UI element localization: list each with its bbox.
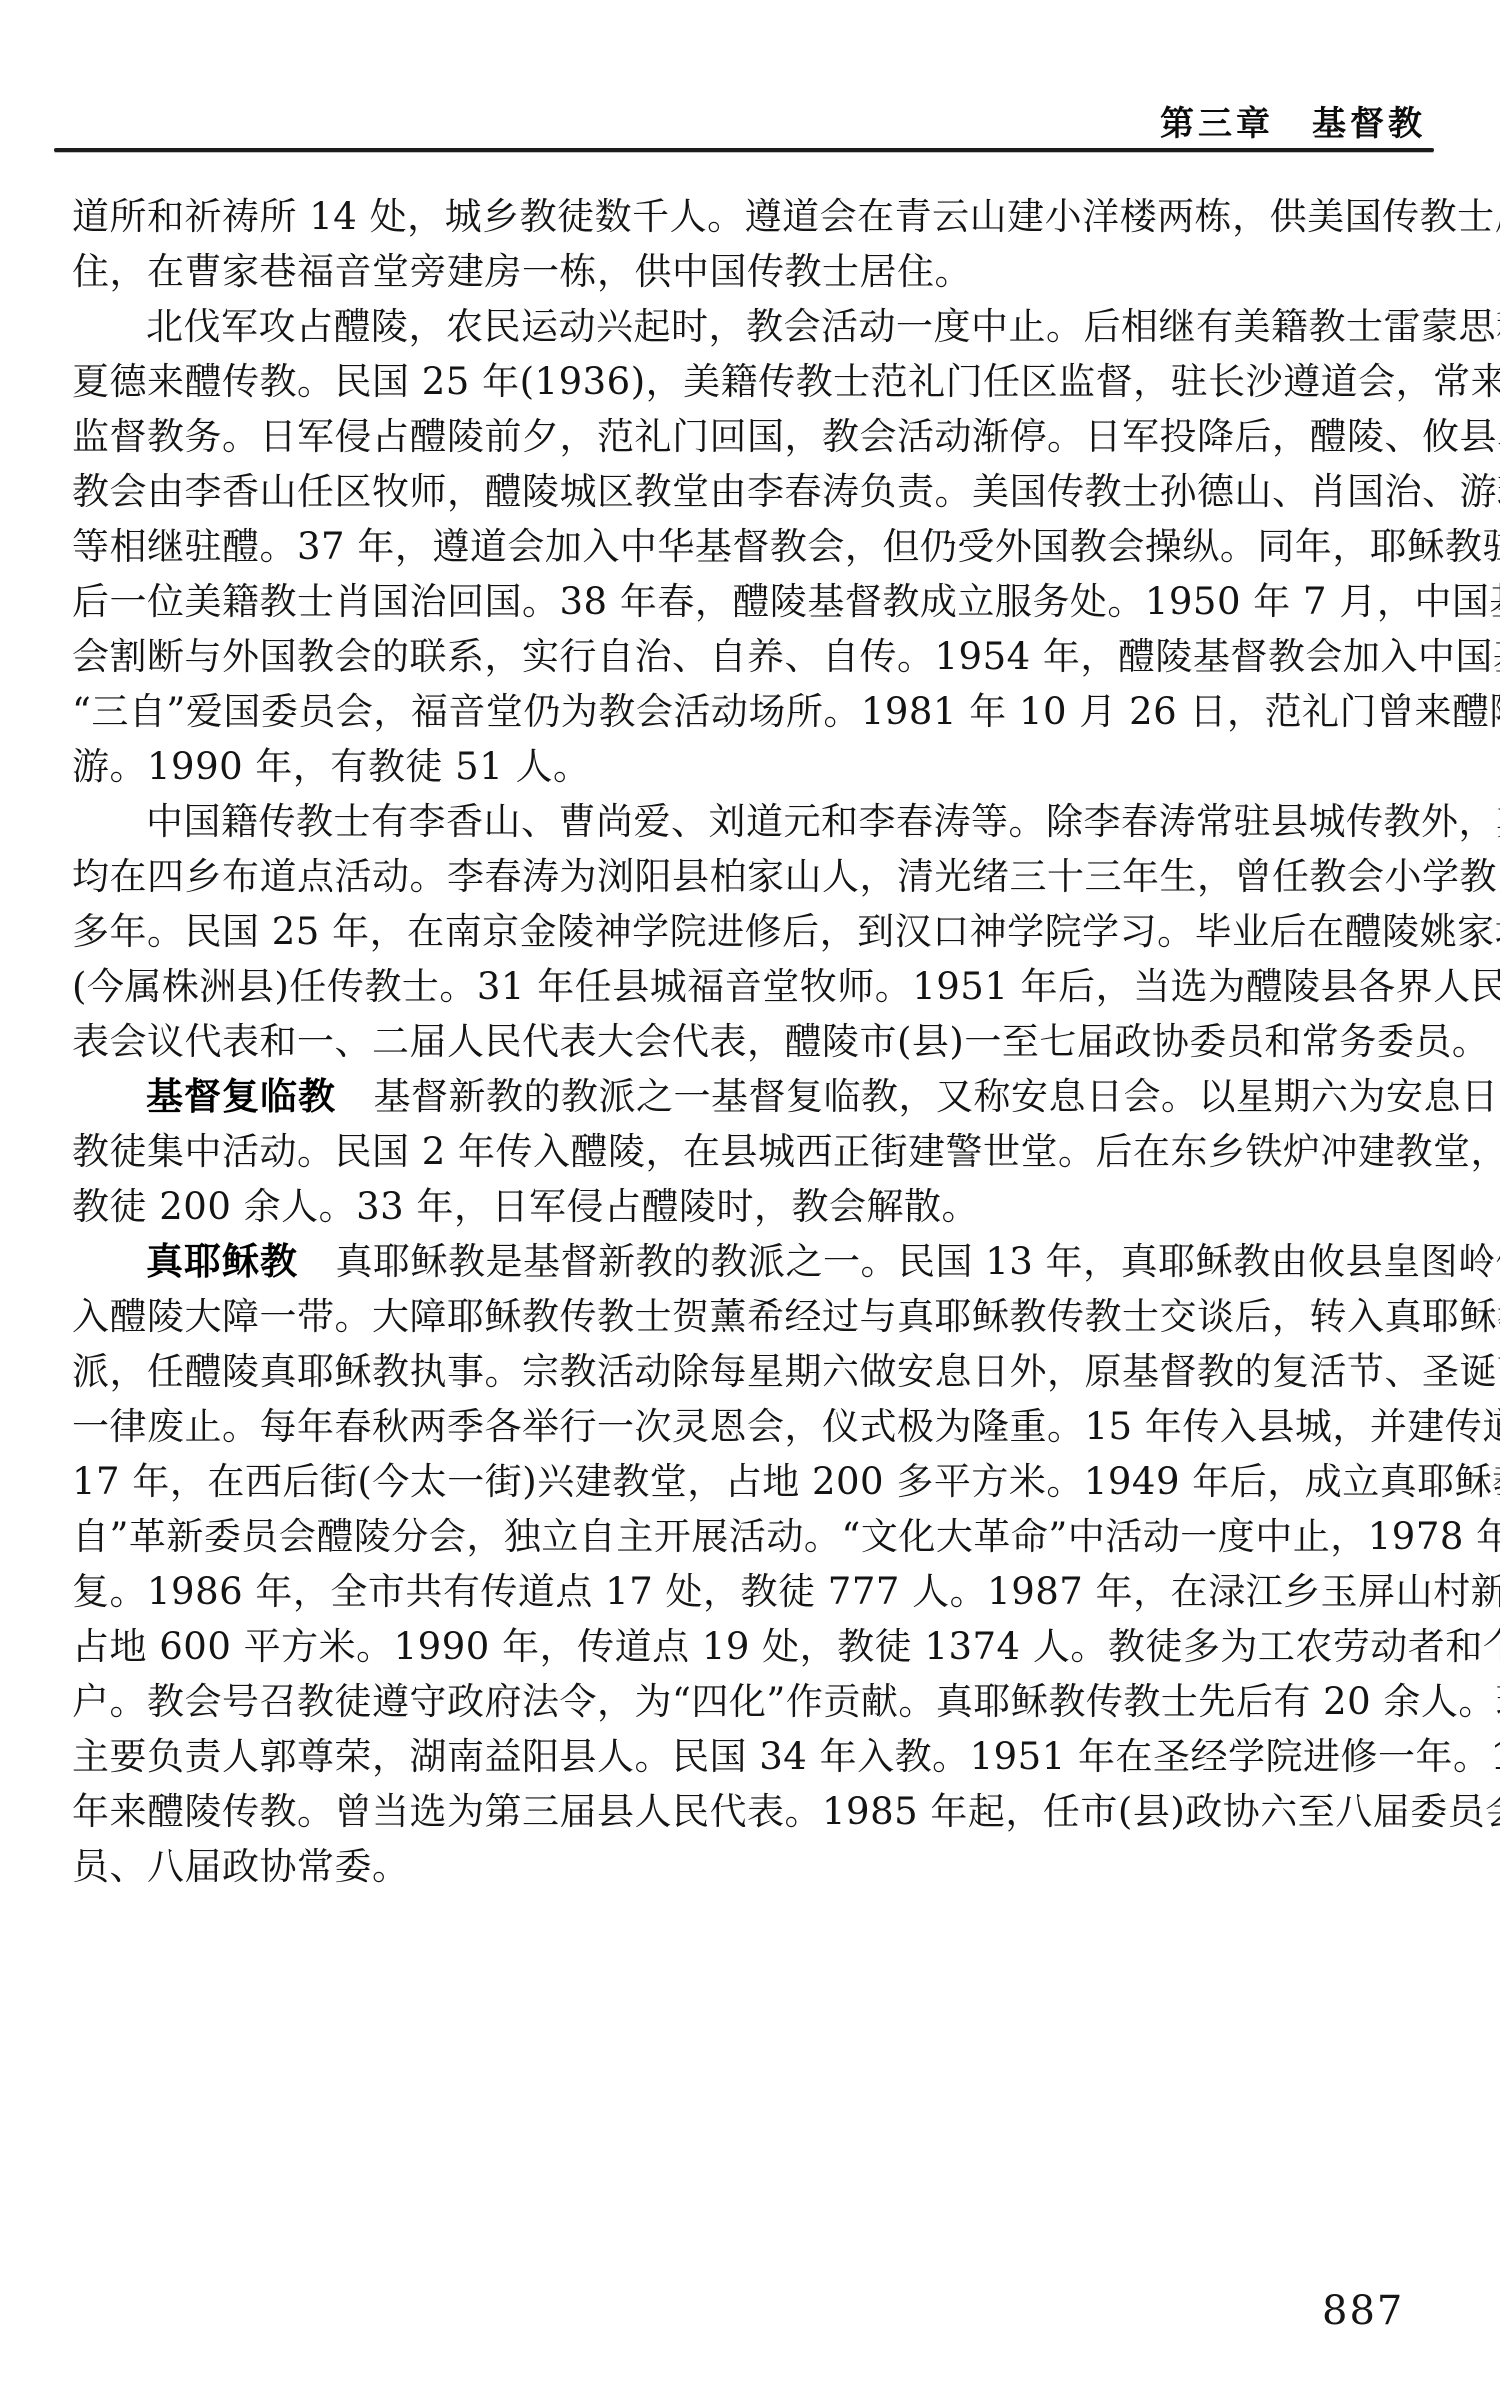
text-line-content: 住，在曹家巷福音堂旁建房一栋，供中国传教士居住。 xyxy=(72,250,972,293)
text-line: 占地 600 平方米。1990 年，传道点 19 处，教徒 1374 人。教徒多… xyxy=(72,1619,1430,1674)
text-line: 等相继驻醴。37 年，遵道会加入中华基督教会，但仍受外国教会操纵。同年，耶稣教驻… xyxy=(72,519,1430,574)
text-line: 17 年，在西后街(今太一街)兴建教堂，占地 200 多平方米。1949 年后，… xyxy=(72,1454,1430,1509)
text-line-content: 教徒集中活动。民国 2 年传入醴陵，在县城西正街建警世堂。后在东乡铁炉冲建教堂，… xyxy=(72,1130,1500,1173)
text-line: 一律废止。每年春秋两季各举行一次灵恩会，仪式极为隆重。15 年传入县城，并建传道… xyxy=(72,1399,1430,1454)
text-line-content: 真耶稣教是基督新教的教派之一。民国 13 年，真耶稣教由攸县皇图岭传 xyxy=(298,1240,1500,1283)
text-line: 后一位美籍教士肖国治回国。38 年春，醴陵基督教成立服务处。1950 年 7 月… xyxy=(72,574,1430,629)
text-line-content: 占地 600 平方米。1990 年，传道点 19 处，教徒 1374 人。教徒多… xyxy=(72,1625,1500,1668)
text-line: 户。教会号召教徒遵守政府法令，为“四化”作贡献。真耶稣教传教士先后有 20 余人… xyxy=(72,1674,1430,1729)
text-line-content: 户。教会号召教徒遵守政府法令，为“四化”作贡献。真耶稣教传教士先后有 20 余人… xyxy=(72,1680,1500,1723)
text-line: 监督教务。日军侵占醴陵前夕，范礼门回国，教会活动渐停。日军投降后，醴陵、攸县、茶… xyxy=(72,409,1430,464)
text-line-content: 北伐军攻占醴陵，农民运动兴起时，教会活动一度中止。后相继有美籍教士雷蒙思和 xyxy=(146,305,1500,348)
page-body: 道所和祈祷所 14 处，城乡教徒数千人。遵道会在青云山建小洋楼两栋，供美国传教士… xyxy=(72,189,1430,1894)
text-line-content: 员、八届政协常委。 xyxy=(72,1845,410,1888)
text-line: “三自”爱国委员会，福音堂仍为教会活动场所。1981 年 10 月 26 日，范… xyxy=(72,684,1430,739)
text-line: 夏德来醴传教。民国 25 年(1936)，美籍传教士范礼门任区监督，驻长沙遵道会… xyxy=(72,354,1430,409)
text-line-content: 游。1990 年，有教徒 51 人。 xyxy=(72,745,591,788)
text-line: 会割断与外国教会的联系，实行自治、自养、自传。1954 年，醴陵基督教会加入中国… xyxy=(72,629,1430,684)
text-line-content: 监督教务。日军侵占醴陵前夕，范礼门回国，教会活动渐停。日军投降后，醴陵、攸县、茶… xyxy=(72,415,1500,458)
text-line: 中国籍传教士有李香山、曹尚爱、刘道元和李春涛等。除李春涛常驻县城传教外，其余 xyxy=(72,794,1430,849)
text-line: 年来醴陵传教。曾当选为第三届县人民代表。1985 年起，任市(县)政协六至八届委… xyxy=(72,1784,1430,1839)
text-line-content: 夏德来醴传教。民国 25 年(1936)，美籍传教士范礼门任区监督，驻长沙遵道会… xyxy=(72,360,1500,403)
text-line-content: “三自”爱国委员会，福音堂仍为教会活动场所。1981 年 10 月 26 日，范… xyxy=(72,690,1500,733)
paragraph-heading: 基督复临教 xyxy=(146,1074,336,1118)
text-line-content: 教徒 200 余人。33 年，日军侵占醴陵时，教会解散。 xyxy=(72,1185,979,1228)
text-line-content: 基督新教的教派之一基督复临教，又称安息日会。以星期六为安息日， xyxy=(336,1075,1500,1118)
text-line-content: 后一位美籍教士肖国治回国。38 年春，醴陵基督教成立服务处。1950 年 7 月… xyxy=(72,580,1500,623)
text-line-content: 17 年，在西后街(今太一街)兴建教堂，占地 200 多平方米。1949 年后，… xyxy=(72,1460,1500,1503)
text-line: 主要负责人郭尊荣，湖南益阳县人。民国 34 年入教。1951 年在圣经学院进修一… xyxy=(72,1729,1430,1784)
text-line: 教徒 200 余人。33 年，日军侵占醴陵时，教会解散。 xyxy=(72,1179,1430,1234)
text-line-content: 复。1986 年，全市共有传道点 17 处，教徒 777 人。1987 年，在渌… xyxy=(72,1570,1500,1613)
text-line: 复。1986 年，全市共有传道点 17 处，教徒 777 人。1987 年，在渌… xyxy=(72,1564,1430,1619)
running-head-chapter-title: 第三章 基督教 xyxy=(1160,96,1426,145)
text-line: 北伐军攻占醴陵，农民运动兴起时，教会活动一度中止。后相继有美籍教士雷蒙思和 xyxy=(72,299,1430,354)
text-line: 基督复临教 基督新教的教派之一基督复临教，又称安息日会。以星期六为安息日， xyxy=(72,1069,1430,1124)
text-line-content: 会割断与外国教会的联系，实行自治、自养、自传。1954 年，醴陵基督教会加入中国… xyxy=(72,635,1500,678)
text-line: 多年。民国 25 年，在南京金陵神学院进修后，到汉口神学院学习。毕业后在醴陵姚家… xyxy=(72,904,1430,959)
text-line-content: 一律废止。每年春秋两季各举行一次灵恩会，仪式极为隆重。15 年传入县城，并建传道… xyxy=(72,1405,1500,1448)
text-line-content: 道所和祈祷所 14 处，城乡教徒数千人。遵道会在青云山建小洋楼两栋，供美国传教士… xyxy=(72,195,1500,238)
text-line-content: 等相继驻醴。37 年，遵道会加入中华基督教会，但仍受外国教会操纵。同年，耶稣教驻… xyxy=(72,525,1500,568)
text-line-content: 主要负责人郭尊荣，湖南益阳县人。民国 34 年入教。1951 年在圣经学院进修一… xyxy=(72,1735,1500,1778)
text-line-content: 派，任醴陵真耶稣教执事。宗教活动除每星期六做安息日外，原基督教的复活节、圣诞节等 xyxy=(72,1350,1500,1393)
text-line: 真耶稣教 真耶稣教是基督新教的教派之一。民国 13 年，真耶稣教由攸县皇图岭传 xyxy=(72,1234,1430,1289)
text-line: 均在四乡布道点活动。李春涛为浏阳县柏家山人，清光绪三十三年生，曾任教会小学教师 xyxy=(72,849,1430,904)
text-line-content: 自”革新委员会醴陵分会，独立自主开展活动。“文化大革命”中活动一度中止，1978… xyxy=(72,1515,1500,1558)
text-line: 住，在曹家巷福音堂旁建房一栋，供中国传教士居住。 xyxy=(72,244,1430,299)
text-line: 派，任醴陵真耶稣教执事。宗教活动除每星期六做安息日外，原基督教的复活节、圣诞节等 xyxy=(72,1344,1430,1399)
text-line: 员、八届政协常委。 xyxy=(72,1839,1430,1894)
header-rule-divider xyxy=(54,148,1434,152)
text-line-content: 入醴陵大障一带。大障耶稣教传教士贺薰希经过与真耶稣教传教士交谈后，转入真耶稣教 xyxy=(72,1295,1500,1338)
text-line: 道所和祈祷所 14 处，城乡教徒数千人。遵道会在青云山建小洋楼两栋，供美国传教士… xyxy=(72,189,1430,244)
text-line: 入醴陵大障一带。大障耶稣教传教士贺薰希经过与真耶稣教传教士交谈后，转入真耶稣教 xyxy=(72,1289,1430,1344)
text-line-content: 中国籍传教士有李香山、曹尚爱、刘道元和李春涛等。除李春涛常驻县城传教外，其余 xyxy=(146,800,1500,843)
book-page: 第三章 基督教 道所和祈祷所 14 处，城乡教徒数千人。遵道会在青云山建小洋楼两… xyxy=(0,0,1500,2400)
text-line-content: 教会由李香山任区牧师，醴陵城区教堂由李春涛负责。美国传教士孙德山、肖国治、游理明 xyxy=(72,470,1500,513)
page-number: 887 xyxy=(1322,2288,1404,2334)
text-line: 教会由李香山任区牧师，醴陵城区教堂由李春涛负责。美国传教士孙德山、肖国治、游理明 xyxy=(72,464,1430,519)
text-line-content: 多年。民国 25 年，在南京金陵神学院进修后，到汉口神学院学习。毕业后在醴陵姚家… xyxy=(72,910,1500,953)
text-line-content: 表会议代表和一、二届人民代表大会代表，醴陵市(县)一至七届政协委员和常务委员。 xyxy=(72,1020,1489,1063)
paragraph-heading: 真耶稣教 xyxy=(146,1239,298,1283)
text-line: 表会议代表和一、二届人民代表大会代表，醴陵市(县)一至七届政协委员和常务委员。 xyxy=(72,1014,1430,1069)
text-line-content: 均在四乡布道点活动。李春涛为浏阳县柏家山人，清光绪三十三年生，曾任教会小学教师 xyxy=(72,855,1500,898)
text-line: 游。1990 年，有教徒 51 人。 xyxy=(72,739,1430,794)
text-line: 教徒集中活动。民国 2 年传入醴陵，在县城西正街建警世堂。后在东乡铁炉冲建教堂，… xyxy=(72,1124,1430,1179)
text-line: 自”革新委员会醴陵分会，独立自主开展活动。“文化大革命”中活动一度中止，1978… xyxy=(72,1509,1430,1564)
text-line-content: (今属株洲县)任传教士。31 年任县城福音堂牧师。1951 年后，当选为醴陵县各… xyxy=(72,965,1500,1008)
text-line-content: 年来醴陵传教。曾当选为第三届县人民代表。1985 年起，任市(县)政协六至八届委… xyxy=(72,1790,1500,1833)
text-line: (今属株洲县)任传教士。31 年任县城福音堂牧师。1951 年后，当选为醴陵县各… xyxy=(72,959,1430,1014)
